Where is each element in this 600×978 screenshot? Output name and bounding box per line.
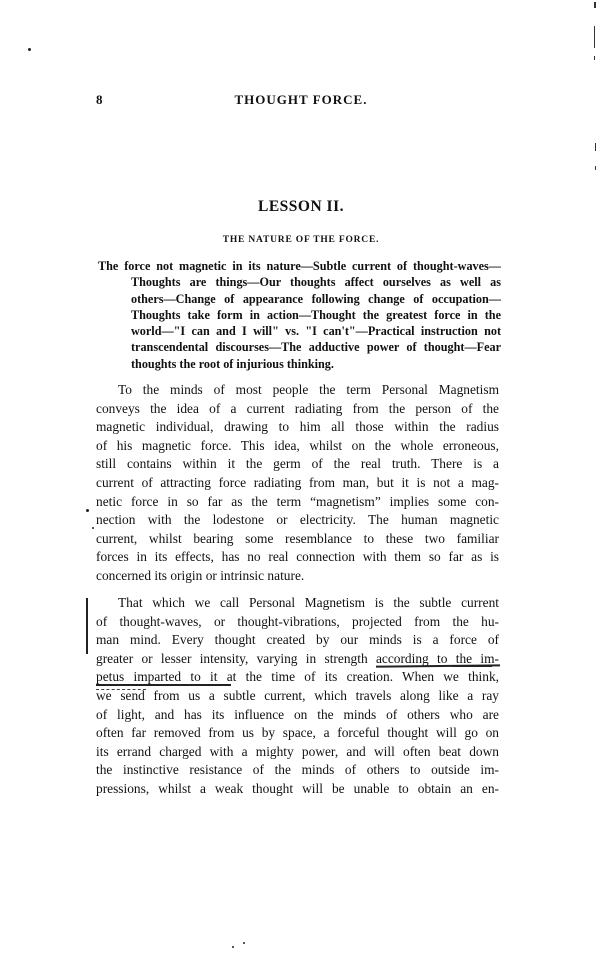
edge-mark bbox=[594, 56, 595, 60]
synopsis-line: world—"I can and I will" vs. "I can't"—P… bbox=[131, 323, 501, 339]
text-line: we send from us a subtle current, which … bbox=[96, 687, 499, 706]
synopsis-line: Thoughts are things—Our thoughts affect … bbox=[131, 274, 501, 290]
synopsis-line: thoughts the root of injurious thinking. bbox=[131, 356, 501, 372]
scan-speck bbox=[28, 48, 31, 51]
underline-annotation bbox=[96, 689, 146, 692]
text-line: conveys the idea of a current radiating … bbox=[96, 400, 499, 419]
lesson-subtitle: THE NATURE OF THE FORCE. bbox=[96, 235, 506, 245]
edge-mark bbox=[595, 143, 596, 151]
overline-annotation bbox=[452, 665, 492, 667]
paragraph-2: That which we call Personal Magnetism is… bbox=[96, 594, 499, 799]
chapter-synopsis: The force not magnetic in its nature—Sub… bbox=[98, 258, 501, 372]
running-head: 8 THOUGHT FORCE. bbox=[96, 92, 506, 110]
text-line: often far removed from us by space, a fo… bbox=[96, 724, 499, 743]
text-line: pressions, whilst a weak thought will be… bbox=[96, 780, 499, 799]
paragraph-1: To the minds of most people the term Per… bbox=[96, 381, 499, 586]
edge-mark bbox=[595, 166, 596, 170]
text-line: of thought-waves, or thought-vibrations,… bbox=[96, 613, 499, 632]
scan-speck bbox=[243, 942, 245, 944]
margin-annotation-line bbox=[86, 598, 88, 654]
text-line: current, whilst bearing some resemblance… bbox=[96, 530, 499, 549]
lesson-title: LESSON II. bbox=[96, 198, 506, 216]
text-line: concerned its origin or intrinsic nature… bbox=[96, 567, 499, 586]
text-line: of light, and has its influence on the m… bbox=[96, 706, 499, 725]
synopsis-line: Thoughts take form in action—Thought the… bbox=[131, 307, 501, 323]
edge-mark bbox=[594, 26, 595, 48]
synopsis-continued: Thoughts are things—Our thoughts affect … bbox=[98, 274, 501, 372]
book-page: 8 THOUGHT FORCE. LESSON II. THE NATURE O… bbox=[0, 0, 600, 978]
running-head-title: THOUGHT FORCE. bbox=[96, 92, 506, 108]
text-line: nection with the lodestone or electricit… bbox=[96, 511, 499, 530]
text-line: still contains within it the germ of the… bbox=[96, 455, 499, 474]
scan-speck bbox=[232, 946, 234, 948]
text-line: the instinctive resistance of the minds … bbox=[96, 761, 499, 780]
scan-speck bbox=[92, 527, 94, 529]
synopsis-line: The force not magnetic in its nature—Sub… bbox=[98, 258, 501, 274]
text-line: netic force in so far as the term “magne… bbox=[96, 493, 499, 512]
underline-annotation bbox=[96, 684, 231, 686]
scan-speck bbox=[86, 509, 89, 512]
text-line: current of attracting force radiating fr… bbox=[96, 474, 499, 493]
synopsis-line: transcendental discourses—The adductive … bbox=[131, 339, 501, 355]
text-line: forces in its effects, has no real conne… bbox=[96, 548, 499, 567]
text-line: its errand charged with a mighty power, … bbox=[96, 743, 499, 762]
text-line: of his magnetic force. This idea, whilst… bbox=[96, 437, 499, 456]
text-line: To the minds of most people the term Per… bbox=[96, 381, 499, 400]
synopsis-line: others—Change of appearance following ch… bbox=[131, 291, 501, 307]
text-line: man mind. Every thought created by our m… bbox=[96, 631, 499, 650]
text-line: magnetic individual, drawing to him all … bbox=[96, 418, 499, 437]
text-line: That which we call Personal Magnetism is… bbox=[96, 594, 499, 613]
edge-mark bbox=[594, 2, 596, 8]
